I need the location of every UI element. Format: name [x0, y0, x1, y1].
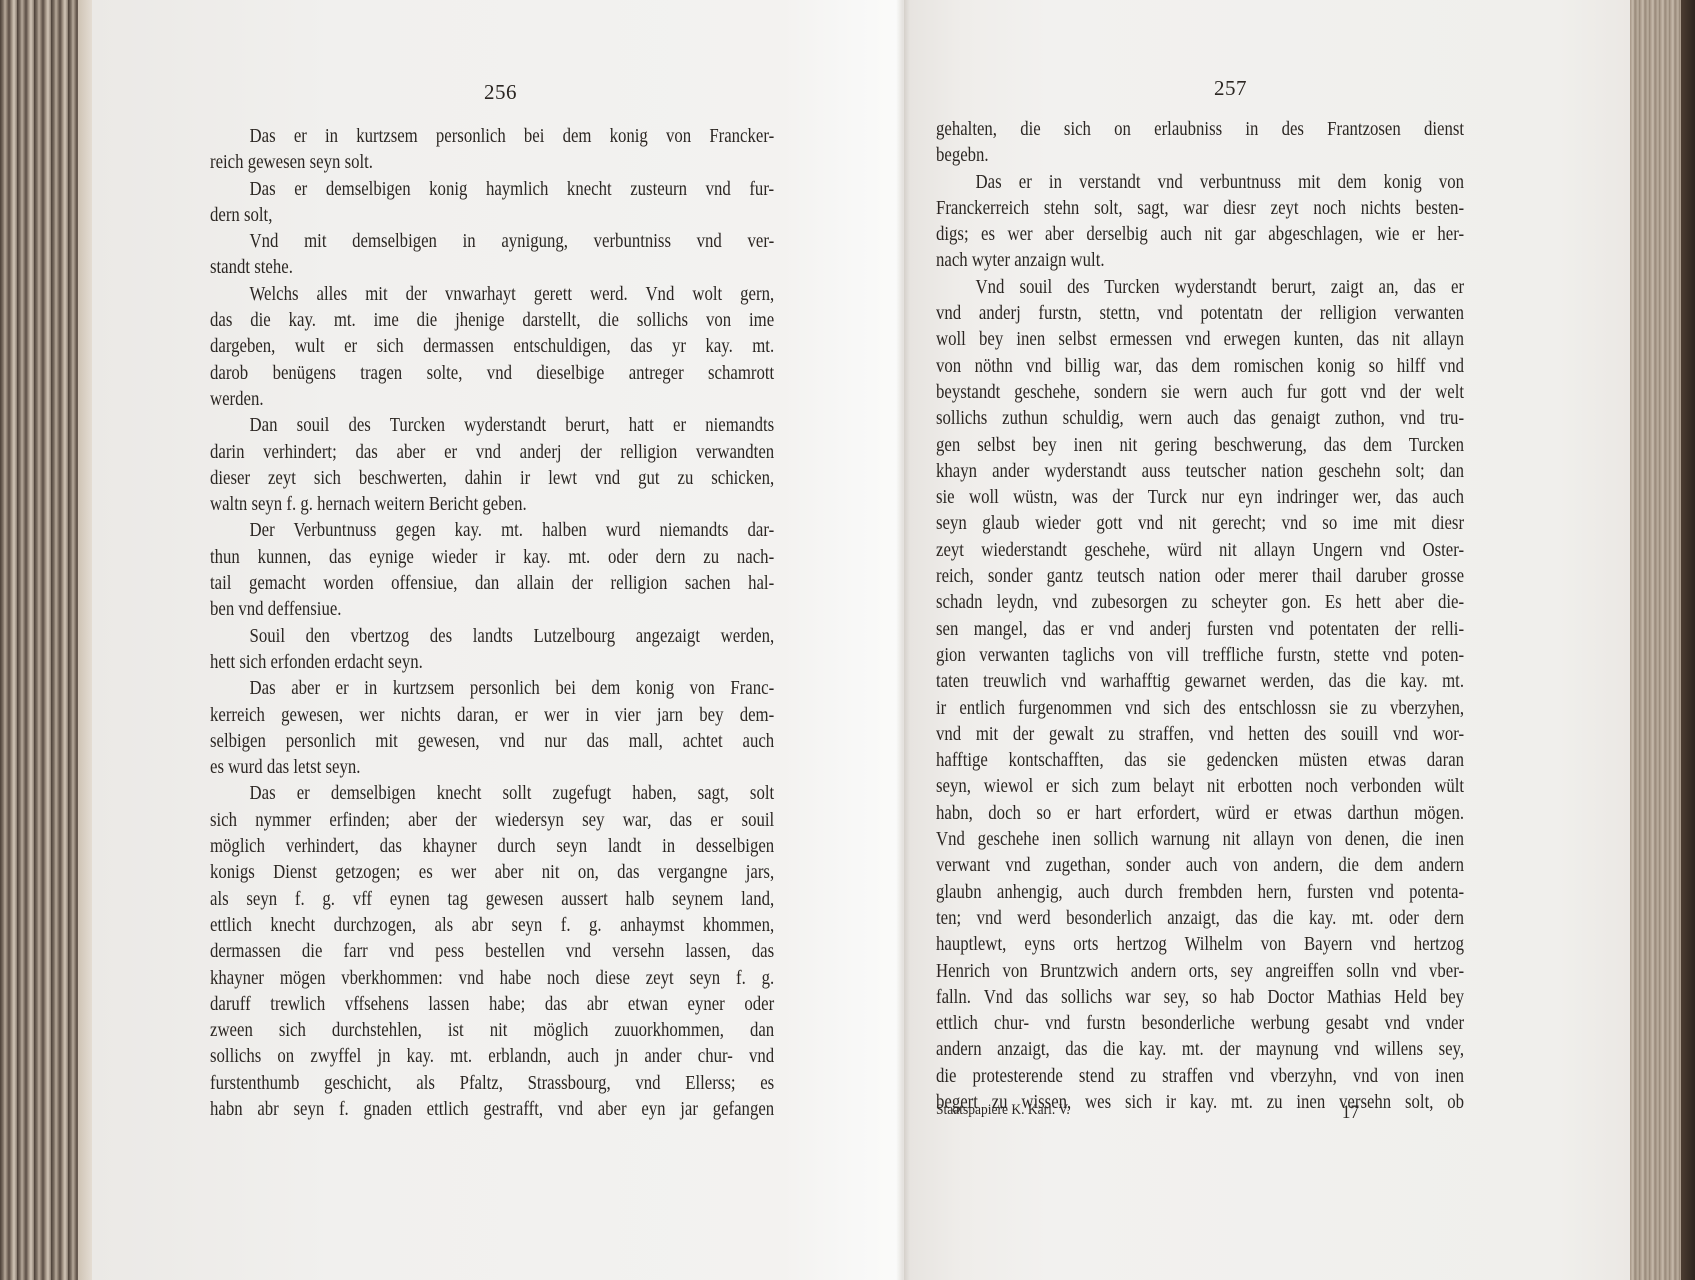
text-line: woll bey inen selbst ermessen vnd erwege…: [936, 327, 1464, 353]
text-line: darin verhindert; das aber er vnd anderj…: [210, 440, 774, 466]
text-line: es wurd das letst seyn.: [210, 755, 774, 781]
text-line: reich gewesen seyn solt.: [210, 150, 774, 176]
signature-mark: 17: [1342, 1102, 1359, 1124]
text-line: Das er in verstandt vnd verbuntnuss mit …: [936, 170, 1464, 196]
text-line: begebn.: [936, 143, 1464, 169]
text-line: khayn ander wyderstandt auss teutscher n…: [936, 459, 1464, 485]
text-line: nach wyter anzaign wult.: [936, 248, 1464, 274]
text-line: werden.: [210, 387, 774, 413]
text-line: zeyt wiederstandt geschehe, würd nit all…: [936, 538, 1464, 564]
text-line: gion verwanten taglichs von vill treffli…: [936, 643, 1464, 669]
text-line: Souil den vbertzog des landts Lutzelbour…: [210, 624, 774, 650]
text-line: hafftige kontschafften, das sie gedencke…: [936, 748, 1464, 774]
text-line: ettlich knecht durchzogen, als abr seyn …: [210, 913, 774, 939]
text-line: Henrich von Bruntzwich andern orts, sey …: [936, 959, 1464, 985]
text-line: dargeben, wult er sich dermassen entschu…: [210, 334, 774, 360]
text-line: Das er demselbigen konig haymlich knecht…: [210, 177, 774, 203]
text-line: andern anzaigt, das die kay. mt. der may…: [936, 1037, 1464, 1063]
text-line: darob benügens tragen solte, vnd dieselb…: [210, 361, 774, 387]
text-line: falln. Vnd das sollichs war sey, so hab …: [936, 985, 1464, 1011]
text-line: glaubn anhengig, auch durch frembden her…: [936, 880, 1464, 906]
text-line: schadn leydn, vnd zubesorgen zu scheyter…: [936, 590, 1464, 616]
text-line: dern solt,: [210, 203, 774, 229]
text-line: daruff trewlich vffsehens lassen habe; d…: [210, 992, 774, 1018]
text-line: Welchs alles mit der vnwarhayt gerett we…: [210, 282, 774, 308]
text-line: thun kunnen, das eynige wieder ir kay. m…: [210, 545, 774, 571]
text-line: ettlich chur- vnd furstn besonderliche w…: [936, 1011, 1464, 1037]
text-line: gehalten, die sich on erlaubniss in des …: [936, 117, 1464, 143]
text-line: Franckerreich stehn solt, sagt, war dies…: [936, 196, 1464, 222]
text-line: Der Verbuntnuss gegen kay. mt. halben wu…: [210, 518, 774, 544]
text-line: Das aber er in kurtzsem personlich bei d…: [210, 676, 774, 702]
text-line: zween sich durchstehlen, ist nit möglich…: [210, 1018, 774, 1044]
text-line: Dan souil des Turcken wyderstandt berurt…: [210, 413, 774, 439]
text-line: sen mangel, das er vnd anderj fursten vn…: [936, 617, 1464, 643]
text-line: standt stehe.: [210, 255, 774, 281]
text-line: waltn seyn f. g. hernach weitern Bericht…: [210, 492, 774, 518]
text-line: hett sich erfonden erdacht seyn.: [210, 650, 774, 676]
text-line: sollichs on zwyffel jn kay. mt. erblandn…: [210, 1044, 774, 1070]
page-number: 256: [484, 80, 517, 105]
text-line: beystandt geschehe, sondern sie wern auc…: [936, 380, 1464, 406]
text-line: ir entlich furgenommen vnd sich des ents…: [936, 696, 1464, 722]
text-line: sie woll wüstn, was der Turck nur eyn in…: [936, 485, 1464, 511]
text-line: seyn, wiewol er sich zum belayt nit erbo…: [936, 774, 1464, 800]
right-page-edges: [1630, 0, 1695, 1280]
text-line: taten treuwlich vnd warhafftig gewarnet …: [936, 669, 1464, 695]
text-line: konigs Dienst getzogen; es wer aber nit …: [210, 860, 774, 886]
text-line: Vnd souil des Turcken wyderstandt berurt…: [936, 275, 1464, 301]
page-number: 257: [1214, 76, 1247, 101]
text-line: selbigen personlich mit gewesen, vnd nur…: [210, 729, 774, 755]
gutter: [896, 0, 910, 1280]
text-line: vnd mit der gewalt zu straffen, vnd hett…: [936, 722, 1464, 748]
text-line: das die kay. mt. ime die jhenige darstel…: [210, 308, 774, 334]
text-line: sollichs zuthun schuldig, wern auch das …: [936, 406, 1464, 432]
text-line: digs; es wer aber derselbig auch nit gar…: [936, 222, 1464, 248]
text-line: dieser zeyt sich beschwerten, dahin ir l…: [210, 466, 774, 492]
text-line: möglich verhindert, das khayner durch se…: [210, 834, 774, 860]
text-line: als seyn f. g. vff eynen tag gewesen aus…: [210, 887, 774, 913]
text-line: reich, sonder gantz teutsch nation oder …: [936, 564, 1464, 590]
right-page: 257 gehalten, die sich on erlaubniss in …: [904, 0, 1630, 1280]
book-spread: 256 Das er in kurtzsem personlich bei de…: [0, 0, 1695, 1280]
running-title: Staatspapiere K. Karl. V.: [936, 1102, 1070, 1124]
left-page: 256 Das er in kurtzsem personlich bei de…: [92, 0, 904, 1280]
text-line: furstenthumb geschicht, als Pfaltz, Stra…: [210, 1071, 774, 1097]
text-line: gen selbst bey inen nit gering beschweru…: [936, 433, 1464, 459]
page-footer: Staatspapiere K. Karl. V. 17: [936, 1102, 1359, 1124]
text-line: tail gemacht worden offensiue, dan allai…: [210, 571, 774, 597]
text-line: Vnd mit demselbigen in aynigung, verbunt…: [210, 229, 774, 255]
text-line: dermassen die farr vnd pess bestellen vn…: [210, 939, 774, 965]
text-line: Vnd geschehe inen sollich warnung nit al…: [936, 827, 1464, 853]
page-body-text: Das er in kurtzsem personlich bei dem ko…: [210, 124, 774, 1123]
text-line: verwant vnd zugethan, sonder auch von an…: [936, 853, 1464, 879]
text-line: kerreich gewesen, wer nichts daran, er w…: [210, 703, 774, 729]
text-line: hauptlewt, eyns orts hertzog Wilhelm von…: [936, 932, 1464, 958]
text-line: sich nymmer erfinden; aber der wiedersyn…: [210, 808, 774, 834]
text-line: ten; vnd werd besonderlich anzaigt, das …: [936, 906, 1464, 932]
text-line: habn abr seyn f. gnaden ettlich gestraff…: [210, 1097, 774, 1123]
text-line: vnd anderj furstn, stettn, vnd potentatn…: [936, 301, 1464, 327]
text-line: von nöthn vnd billig war, das dem romisc…: [936, 354, 1464, 380]
text-line: die protesterende stend zu straffen vnd …: [936, 1064, 1464, 1090]
text-line: seyn glaub wieder gott vnd nit gerecht; …: [936, 511, 1464, 537]
text-line: habn, doch so er hart erfordert, würd er…: [936, 801, 1464, 827]
text-line: Das er demselbigen knecht sollt zugefugt…: [210, 781, 774, 807]
text-line: ben vnd deffensiue.: [210, 597, 774, 623]
text-line: Das er in kurtzsem personlich bei dem ko…: [210, 124, 774, 150]
text-line: khayner mögen vberkhommen: vnd habe noch…: [210, 966, 774, 992]
left-page-edges: [0, 0, 92, 1280]
page-body-text: gehalten, die sich on erlaubniss in des …: [936, 117, 1464, 1116]
